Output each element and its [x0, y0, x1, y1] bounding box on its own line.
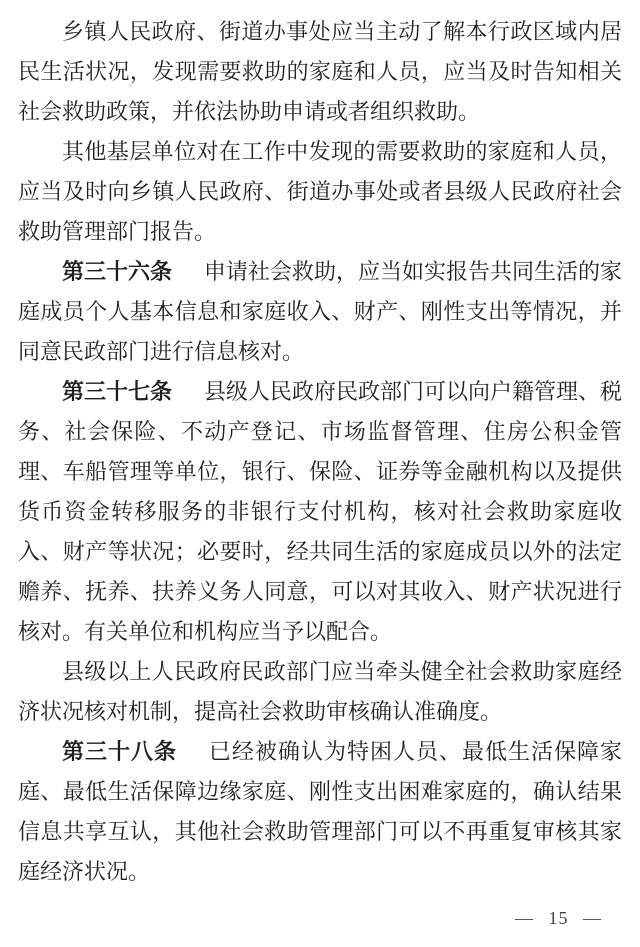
paragraph-text: 其他基层单位对在工作中发现的需要救助的家庭和人员，应当及时向乡镇人民政府、街道办…: [18, 139, 622, 244]
article-number: 第三十六条: [62, 259, 172, 284]
page-number: — 15 —: [515, 908, 602, 928]
page-footer: — 15 —: [515, 906, 602, 930]
paragraph: 乡镇人民政府、街道办事处应当主动了解本行政区域内居民生活状况，发现需要救助的家庭…: [18, 12, 622, 132]
paragraph: 第三十六条申请社会救助，应当如实报告共同生活的家庭成员个人基本信息和家庭收入、财…: [18, 252, 622, 372]
document-page: 乡镇人民政府、街道办事处应当主动了解本行政区域内居民生活状况，发现需要救助的家庭…: [0, 0, 640, 947]
paragraph-text: 县级以上人民政府民政部门应当牵头健全社会救助家庭经济状况核对机制，提高社会救助审…: [18, 659, 622, 724]
paragraph: 县级以上人民政府民政部门应当牵头健全社会救助家庭经济状况核对机制，提高社会救助审…: [18, 652, 622, 732]
paragraph: 其他基层单位对在工作中发现的需要救助的家庭和人员，应当及时向乡镇人民政府、街道办…: [18, 132, 622, 252]
paragraph-text: 乡镇人民政府、街道办事处应当主动了解本行政区域内居民生活状况，发现需要救助的家庭…: [18, 19, 622, 124]
article-number: 第三十八条: [62, 739, 177, 764]
paragraph-text: 县级人民政府民政部门可以向户籍管理、税务、社会保险、不动产登记、市场监督管理、住…: [18, 379, 622, 644]
article-number: 第三十七条: [62, 379, 172, 404]
paragraph: 第三十八条已经被确认为特困人员、最低生活保障家庭、最低生活保障边缘家庭、刚性支出…: [18, 732, 622, 892]
paragraph: 第三十七条县级人民政府民政部门可以向户籍管理、税务、社会保险、不动产登记、市场监…: [18, 372, 622, 652]
document-body: 乡镇人民政府、街道办事处应当主动了解本行政区域内居民生活状况，发现需要救助的家庭…: [18, 12, 622, 892]
